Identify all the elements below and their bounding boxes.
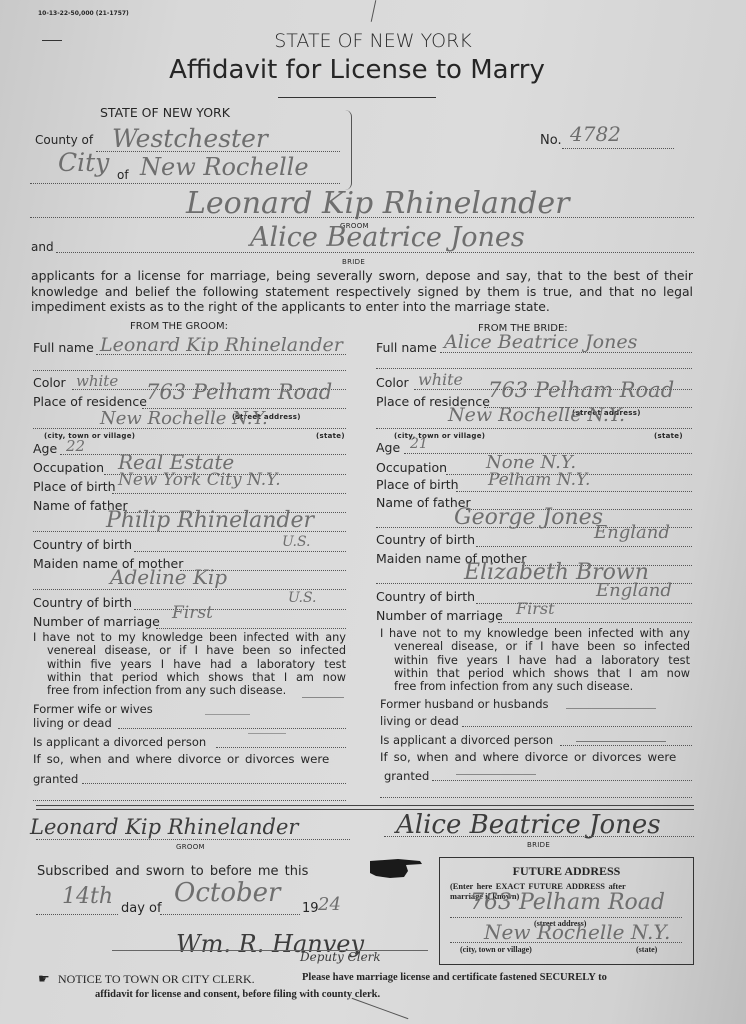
groom-father-country-value[interactable]: U.S.: [282, 534, 311, 550]
bride-birthplace-label: Place of birth: [376, 477, 459, 492]
groom-health-line: within that period which shows that I am…: [33, 671, 346, 684]
oath-paragraph: applicants for a license for marriage, b…: [31, 268, 693, 315]
city-prefix: City: [58, 148, 109, 177]
future-address-city[interactable]: New Rochelle N.Y.: [484, 920, 670, 944]
jurat-month-value[interactable]: October: [174, 878, 280, 908]
groom-residence-city[interactable]: New Rochelle N.Y.: [100, 408, 268, 429]
groom-age-label: Age: [33, 441, 57, 456]
groom-health-line: venereal disease, or if I have been so i…: [33, 644, 346, 657]
bride-full-name-line-2: [376, 368, 692, 369]
bride-city-caption: (city, town or village): [394, 432, 485, 440]
bride-divorce-where-label: If so, when and where divorce or divorce…: [380, 750, 676, 764]
groom-full-name-line-2: [33, 370, 346, 371]
groom-state-caption: (state): [316, 432, 345, 440]
notice-hand-icon: ☛: [38, 972, 50, 987]
notice-line-1: Please have marriage license and certifi…: [302, 972, 607, 983]
paper-edge: [352, 998, 409, 1019]
groom-divorced-line: [216, 747, 346, 748]
groom-birthplace-line: [112, 493, 346, 494]
and-label: and: [31, 240, 54, 254]
groom-marriage-number-line: [156, 628, 346, 629]
number-value[interactable]: 4782: [570, 122, 621, 146]
groom-heading: FROM THE GROOM:: [130, 321, 228, 332]
groom-health-blank: [302, 697, 344, 698]
fold-mark: [371, 0, 377, 22]
bride-color-label: Color: [376, 375, 409, 390]
pointing-hand-icon: [368, 855, 424, 881]
city-value[interactable]: New Rochelle: [140, 153, 309, 181]
groom-mother-country-label: Country of birth: [33, 595, 132, 610]
groom-granted-label: granted: [33, 772, 78, 786]
bride-health-line: free from infection from any such diseas…: [380, 680, 690, 693]
notice-line-2: affidavit for license and consent, befor…: [95, 989, 380, 1000]
bride-marriage-number-value[interactable]: First: [516, 599, 555, 618]
bride-health-line: I have not to my knowledge been infected…: [380, 627, 690, 640]
groom-age-value[interactable]: 22: [66, 437, 85, 455]
groom-divorce-where-label: If so, when and where divorce or divorce…: [33, 752, 329, 766]
bride-father-country-value[interactable]: England: [594, 522, 670, 543]
number-label: No.: [540, 133, 562, 148]
jurat-day-value[interactable]: 14th: [62, 884, 113, 909]
future-state-caption: (state): [636, 945, 657, 954]
venue-state: STATE OF NEW YORK: [100, 105, 230, 120]
oath-line-1: applicants for a license for marriage, b…: [31, 268, 693, 284]
bride-health-statement: I have not to my knowledge been infected…: [380, 627, 690, 693]
groom-mother-country-value[interactable]: U.S.: [288, 590, 317, 606]
bride-signature-caption: BRIDE: [527, 841, 550, 849]
groom-birthplace-label: Place of birth: [33, 479, 116, 494]
number-line: [562, 148, 674, 149]
bride-birthplace-value[interactable]: Pelham N.Y.: [488, 470, 590, 490]
form-code: 10-13-22-50,000 (21-1757): [38, 10, 129, 17]
bride-birthplace-line: [456, 491, 692, 492]
groom-full-name-value[interactable]: Leonard Kip Rhinelander: [100, 334, 343, 356]
oath-line-2: knowledge and belief the following state…: [31, 284, 693, 300]
groom-granted-line: [82, 783, 346, 784]
notice-heading: NOTICE TO TOWN OR CITY CLERK.: [58, 972, 255, 987]
bride-age-value[interactable]: 21: [410, 436, 428, 452]
groom-health-line: free from infection from any such diseas…: [33, 684, 346, 697]
groom-granted-line-2: [33, 800, 346, 801]
bride-former-spouse-mark: [566, 708, 656, 709]
bride-city-line: [376, 428, 692, 429]
county-label: County of: [35, 133, 93, 147]
bride-caption: BRIDE: [342, 258, 365, 266]
jurat-year-value[interactable]: 24: [318, 894, 341, 915]
header-state: STATE OF NEW YORK: [0, 30, 746, 52]
bride-state-caption: (state): [654, 432, 683, 440]
groom-occupation-label: Occupation: [33, 460, 104, 475]
future-address-street[interactable]: 763 Pelham Road: [470, 890, 665, 915]
groom-father-country-label: Country of birth: [33, 537, 132, 552]
groom-city-line: [33, 428, 346, 429]
bride-name-header[interactable]: Alice Beatrice Jones: [250, 222, 525, 253]
oath-line-3: impediment exists as to the right of the…: [31, 299, 693, 315]
groom-divorced-label: Is applicant a divorced person: [33, 735, 206, 749]
bride-granted-mark: [456, 774, 536, 775]
bride-mother-country-value[interactable]: England: [596, 580, 672, 601]
future-city-line: [450, 942, 682, 943]
bride-divorced-line: [560, 745, 692, 746]
bride-line: [56, 252, 694, 253]
city-line: [30, 183, 340, 184]
signature-divider-top: [36, 805, 694, 806]
bride-former-spouse-label: Former husband or husbands: [380, 697, 549, 711]
groom-residence-label: Place of residence: [33, 394, 147, 409]
jurat-year-prefix: 19: [302, 901, 319, 916]
future-street-line: [450, 917, 682, 918]
bride-mother-country-line: [476, 603, 692, 604]
bride-living-dead-line: [462, 726, 692, 727]
groom-health-statement: I have not to my knowledge been infected…: [33, 631, 346, 697]
bride-residence-city[interactable]: New Rochelle N.Y.: [448, 404, 625, 426]
groom-marriage-number-label: Number of marriage: [33, 614, 160, 629]
bride-granted-line-2: [380, 797, 692, 798]
groom-signature-line: [36, 839, 350, 840]
jurat-month-line: [160, 914, 300, 915]
groom-city-caption: (city, town or village): [44, 432, 135, 440]
bride-occupation-label: Occupation: [376, 460, 447, 475]
groom-birthplace-value[interactable]: New York City N.Y.: [118, 470, 281, 490]
bride-color-value[interactable]: white: [418, 370, 463, 389]
groom-living-dead-line: [118, 728, 346, 729]
clerk-title: Deputy Clerk: [300, 950, 381, 964]
bride-living-dead-label: living or dead: [380, 714, 459, 728]
venue-bracket: [345, 110, 352, 190]
groom-mother-value[interactable]: Adeline Kip: [110, 565, 227, 589]
page-title: Affidavit for License to Marry: [0, 55, 714, 85]
jurat-text: Subscribed and sworn to before me this: [37, 864, 308, 879]
groom-marriage-number-value[interactable]: First: [172, 603, 213, 623]
groom-line: [30, 217, 694, 218]
bride-granted-label: granted: [384, 769, 429, 783]
groom-name-header[interactable]: Leonard Kip Rhinelander: [186, 186, 569, 221]
bride-father-value[interactable]: George Jones: [454, 505, 603, 530]
groom-full-name-label: Full name: [33, 340, 94, 355]
groom-living-dead-label: living or dead: [33, 716, 112, 730]
groom-father-value[interactable]: Philip Rhinelander: [106, 508, 314, 533]
county-value[interactable]: Westchester: [112, 124, 268, 153]
bride-granted-line: [432, 780, 692, 781]
bride-residence-street[interactable]: 763 Pelham Road: [488, 378, 674, 402]
city-label: of: [117, 168, 129, 182]
groom-signature[interactable]: Leonard Kip Rhinelander: [30, 815, 298, 839]
bride-health-line: within that period which shows that I am…: [380, 667, 690, 680]
groom-former-spouse-label: Former wife or wives: [33, 702, 153, 716]
groom-divorced-mark: [248, 733, 286, 734]
bride-signature-line: [384, 836, 694, 837]
groom-signature-caption: GROOM: [176, 843, 205, 851]
future-city-caption: (city, town or village): [460, 945, 532, 954]
bride-mother-country-label: Country of birth: [376, 589, 475, 604]
future-address-title: FUTURE ADDRESS: [440, 864, 693, 879]
groom-color-label: Color: [33, 375, 66, 390]
bride-full-name-value[interactable]: Alice Beatrice Jones: [444, 331, 637, 353]
bride-father-country-line: [476, 546, 692, 547]
bride-father-country-label: Country of birth: [376, 532, 475, 547]
future-address-box: FUTURE ADDRESS (Enter here EXACT FUTURE …: [439, 857, 694, 965]
bride-marriage-number-line: [498, 622, 692, 623]
bride-divorced-label: Is applicant a divorced person: [380, 733, 553, 747]
bride-divorced-mark: [576, 741, 666, 742]
title-underline: [278, 97, 436, 98]
groom-father-country-line: [134, 551, 346, 552]
bride-health-line: venereal disease, or if I have been so i…: [380, 640, 690, 653]
jurat-day-line: [36, 914, 118, 915]
groom-former-spouse-mark: [205, 714, 250, 715]
bride-full-name-label: Full name: [376, 340, 437, 355]
bride-age-label: Age: [376, 440, 400, 455]
groom-residence-street[interactable]: 763 Pelham Road: [146, 380, 332, 404]
groom-color-value[interactable]: white: [76, 372, 118, 390]
jurat-day-label: day of: [121, 901, 162, 916]
bride-marriage-number-label: Number of marriage: [376, 608, 503, 623]
bride-health-line: within five years I have had a laborator…: [380, 654, 690, 667]
groom-health-line: I have not to my knowledge been infected…: [33, 631, 346, 644]
groom-health-line: within five years I have had a laborator…: [33, 658, 346, 671]
groom-mother-country-line: [134, 609, 346, 610]
